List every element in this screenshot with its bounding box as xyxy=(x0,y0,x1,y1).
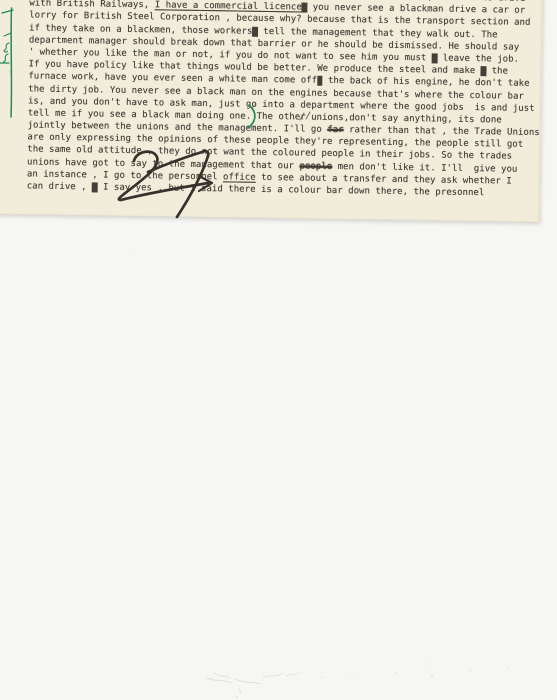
document-page: now I have a motor car , Ilearnt to driv… xyxy=(0,0,544,222)
scanned-document: now I have a motor car , Ilearnt to driv… xyxy=(0,0,557,700)
typed-paragraph: now I have a motor car , Ilearnt to driv… xyxy=(27,0,542,200)
bleed-through-marks xyxy=(87,251,509,698)
